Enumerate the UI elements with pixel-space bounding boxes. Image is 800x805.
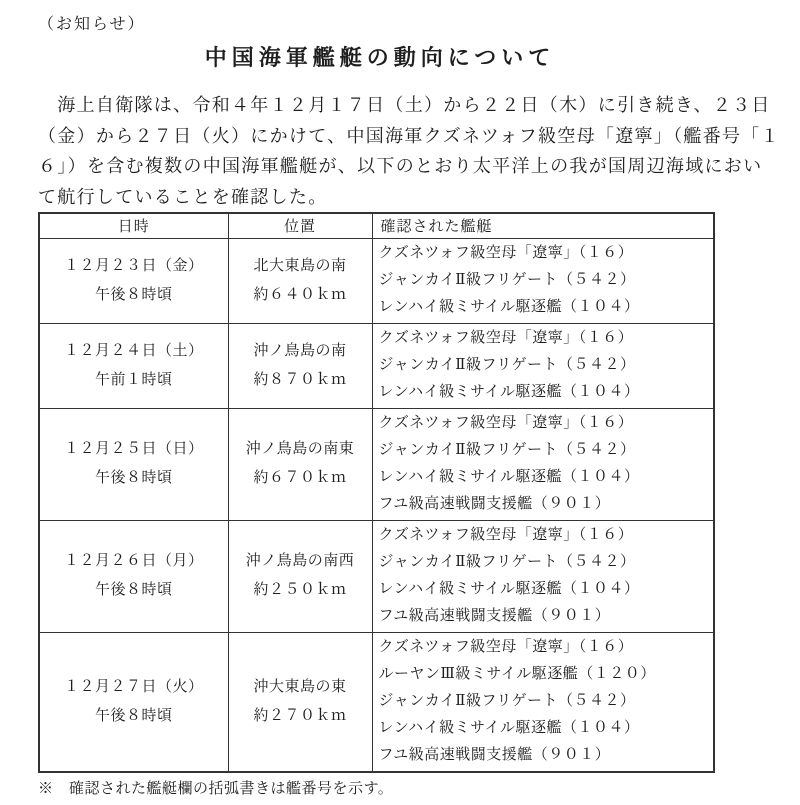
vessel-line: ジャンカイⅡ級フリゲート（５４２）	[379, 688, 708, 715]
datetime-cell: １２月２４日（土） 午前１時頃	[39, 323, 228, 408]
vessel-line: ジャンカイⅡ級フリゲート（５４２）	[379, 267, 708, 294]
vessel-line: ジャンカイⅡ級フリゲート（５４２）	[379, 352, 708, 379]
position-cell: 沖ノ鳥島の南東 約６７０ｋｍ	[228, 408, 372, 520]
datetime-line: 午前１時頃	[40, 366, 228, 395]
vessels-cell: クズネツォフ級空母「遼寧」（１６） ジャンカイⅡ級フリゲート（５４２） レンハイ…	[372, 408, 714, 520]
vessel-line: レンハイ級ミサイル駆逐艦（１０４）	[379, 464, 708, 491]
position-line: 約２７０ｋｍ	[229, 702, 372, 731]
datetime-line: 午後８時頃	[40, 702, 228, 731]
vessel-line: レンハイ級ミサイル駆逐艦（１０４）	[379, 294, 708, 321]
datetime-line: １２月２５日（日）	[40, 435, 228, 464]
vessel-line: レンハイ級ミサイル駆逐艦（１０４）	[379, 576, 708, 603]
datetime-line: １２月２６日（月）	[40, 547, 228, 576]
datetime-cell: １２月２３日（金） 午後８時頃	[39, 238, 228, 323]
position-line: 沖ノ鳥島の南東	[229, 435, 372, 464]
table-row: １２月２３日（金） 午後８時頃 北大東島の南 約６４０ｋｍ クズネツォフ級空母「…	[39, 238, 714, 323]
datetime-line: 午後８時頃	[40, 464, 228, 493]
paragraph-line: て航行していることを確認した。	[38, 182, 772, 213]
position-line: 約６７０ｋｍ	[229, 464, 372, 493]
datetime-line: 午後８時頃	[40, 576, 228, 605]
datetime-cell: １２月２６日（月） 午後８時頃	[39, 520, 228, 632]
position-line: 沖ノ鳥島の南西	[229, 547, 372, 576]
vessel-line: ジャンカイⅡ級フリゲート（５４２）	[379, 437, 708, 464]
datetime-cell: １２月２７日（火） 午後８時頃	[39, 632, 228, 772]
vessel-line: クズネツォフ級空母「遼寧」（１６）	[379, 410, 708, 437]
table-row: １２月２７日（火） 午後８時頃 沖大東島の東 約２７０ｋｍ クズネツォフ級空母「…	[39, 632, 714, 772]
paragraph-line: ６」）を含む複数の中国海軍艦艇が、以下のとおり太平洋上の我が国周辺海域におい	[38, 151, 772, 182]
document-page: （お知らせ） 中国海軍艦艇の動向について 海上自衛隊は、令和４年１２月１７日（土…	[0, 0, 800, 800]
table-row: １２月２４日（土） 午前１時頃 沖ノ鳥島の南 約８７０ｋｍ クズネツォフ級空母「…	[39, 323, 714, 408]
vessels-cell: クズネツォフ級空母「遼寧」（１６） ジャンカイⅡ級フリゲート（５４２） レンハイ…	[372, 520, 714, 632]
paragraph-line: （金）から２７日（火）にかけて、中国海軍クズネツォフ級空母「遼寧」（艦番号「１	[38, 121, 772, 152]
position-line: 約６４０ｋｍ	[229, 281, 372, 310]
vessel-line: レンハイ級ミサイル駆逐艦（１０４）	[379, 379, 708, 406]
page-title: 中国海軍艦艇の動向について	[38, 44, 722, 72]
vessel-line: フユ級高速戦闘支援艦（９０１）	[379, 603, 708, 630]
position-line: 約８７０ｋｍ	[229, 366, 372, 395]
table-header-row: 日時 位置 確認された艦艇	[39, 213, 714, 238]
vessels-cell: クズネツォフ級空母「遼寧」（１６） ルーヤンⅢ級ミサイル駆逐艦（１２０） ジャン…	[372, 632, 714, 772]
datetime-line: １２月２７日（火）	[40, 673, 228, 702]
position-line: 約２５０ｋｍ	[229, 576, 372, 605]
position-cell: 沖ノ鳥島の南西 約２５０ｋｍ	[228, 520, 372, 632]
position-cell: 沖大東島の東 約２７０ｋｍ	[228, 632, 372, 772]
intro-paragraph: 海上自衛隊は、令和４年１２月１７日（土）から２２日（木）に引き続き、２３日 （金…	[38, 90, 772, 212]
vessel-line: レンハイ級ミサイル駆逐艦（１０４）	[379, 715, 708, 742]
vessels-cell: クズネツォフ級空母「遼寧」（１６） ジャンカイⅡ級フリゲート（５４２） レンハイ…	[372, 238, 714, 323]
datetime-line: １２月２３日（金）	[40, 252, 228, 281]
vessels-cell: クズネツォフ級空母「遼寧」（１６） ジャンカイⅡ級フリゲート（５４２） レンハイ…	[372, 323, 714, 408]
table-row: １２月２５日（日） 午後８時頃 沖ノ鳥島の南東 約６７０ｋｍ クズネツォフ級空母…	[39, 408, 714, 520]
col-header-vessels: 確認された艦艇	[372, 213, 714, 238]
vessel-line: クズネツォフ級空母「遼寧」（１６）	[379, 240, 708, 267]
paragraph-line: 海上自衛隊は、令和４年１２月１７日（土）から２２日（木）に引き続き、２３日	[38, 90, 772, 121]
col-header-position: 位置	[228, 213, 372, 238]
vessel-line: ジャンカイⅡ級フリゲート（５４２）	[379, 549, 708, 576]
col-header-datetime: 日時	[39, 213, 228, 238]
notice-label: （お知らせ）	[38, 14, 772, 36]
vessel-line: フユ級高速戦闘支援艦（９０１）	[379, 742, 708, 769]
position-line: 北大東島の南	[229, 252, 372, 281]
vessel-line: ルーヤンⅢ級ミサイル駆逐艦（１２０）	[379, 661, 708, 688]
datetime-line: １２月２４日（土）	[40, 337, 228, 366]
vessel-line: クズネツォフ級空母「遼寧」（１６）	[379, 325, 708, 352]
position-line: 沖大東島の東	[229, 673, 372, 702]
datetime-line: 午後８時頃	[40, 281, 228, 310]
footnote: ※ 確認された艦艇欄の括弧書きは艦番号を示す。	[38, 778, 772, 800]
table-row: １２月２６日（月） 午後８時頃 沖ノ鳥島の南西 約２５０ｋｍ クズネツォフ級空母…	[39, 520, 714, 632]
position-cell: 北大東島の南 約６４０ｋｍ	[228, 238, 372, 323]
position-line: 沖ノ鳥島の南	[229, 337, 372, 366]
vessel-line: フユ級高速戦闘支援艦（９０１）	[379, 491, 708, 518]
vessel-line: クズネツォフ級空母「遼寧」（１６）	[379, 634, 708, 661]
datetime-cell: １２月２５日（日） 午後８時頃	[39, 408, 228, 520]
vessel-line: クズネツォフ級空母「遼寧」（１６）	[379, 522, 708, 549]
position-cell: 沖ノ鳥島の南 約８７０ｋｍ	[228, 323, 372, 408]
sighting-table: 日時 位置 確認された艦艇 １２月２３日（金） 午後８時頃 北大東島の南 約６４…	[38, 212, 715, 773]
